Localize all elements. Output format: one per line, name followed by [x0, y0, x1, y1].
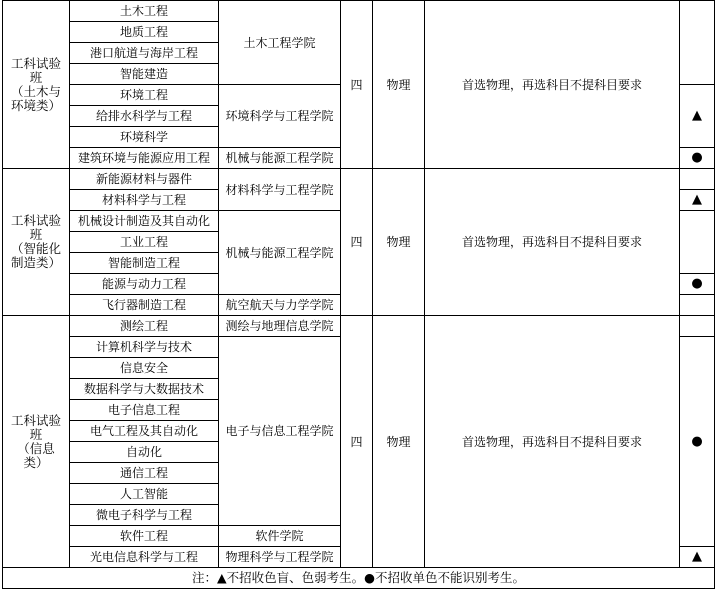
subject-cell: 物理 [373, 169, 425, 316]
category-line: 工科试验 [3, 57, 69, 71]
major-cell: 软件工程 [70, 526, 219, 547]
major-cell: 测绘工程 [70, 316, 219, 337]
note-row: 注：▲不招收色盲、色弱考生。●不招收单色不能识别考生。 [3, 568, 715, 589]
major-cell: 环境工程 [70, 85, 219, 106]
major-cell: 信息安全 [70, 358, 219, 379]
college-cell: 航空航天与力学学院 [219, 295, 341, 316]
major-cell: 智能建造 [70, 64, 219, 85]
duration-cell: 四 [341, 169, 373, 316]
major-cell: 地质工程 [70, 22, 219, 43]
major-cell: 土木工程 [70, 1, 219, 22]
college-cell: 软件学院 [219, 526, 341, 547]
category-line: （土木与 [3, 85, 69, 99]
circle-icon: ● [680, 148, 715, 169]
college-cell: 机械与能源工程学院 [219, 148, 341, 169]
category-line: 工科试验 [3, 414, 69, 428]
major-cell: 光电信息科学与工程 [70, 547, 219, 568]
college-cell: 机械与能源工程学院 [219, 211, 341, 295]
college-cell: 材料科学与工程学院 [219, 169, 341, 211]
major-cell: 微电子科学与工程 [70, 505, 219, 526]
subject-cell: 物理 [373, 1, 425, 169]
category-line: 制造类） [3, 256, 69, 270]
major-cell: 港口航道与海岸工程 [70, 43, 219, 64]
category-line: 环境类） [3, 99, 69, 113]
college-cell: 环境科学与工程学院 [219, 85, 341, 148]
mark-cell [680, 211, 715, 274]
major-cell: 工业工程 [70, 232, 219, 253]
table-row: 工科试验班（土木与环境类）土木工程土木工程学院四物理首选物理，再选科目不提科目要… [3, 1, 715, 22]
duration-cell: 四 [341, 1, 373, 169]
mark-cell [680, 169, 715, 190]
category-cell: 工科试验班（土木与环境类） [3, 1, 70, 169]
admission-table: 工科试验班（土木与环境类）土木工程土木工程学院四物理首选物理，再选科目不提科目要… [2, 0, 715, 589]
triangle-icon: ▲ [680, 85, 715, 148]
triangle-icon: ▲ [680, 547, 715, 568]
mark-cell [680, 295, 715, 316]
table-row: 工科试验班（智能化制造类）新能源材料与器件材料科学与工程学院四物理首选物理，再选… [3, 169, 715, 190]
college-cell: 电子与信息工程学院 [219, 337, 341, 526]
mark-cell [680, 1, 715, 85]
category-line: 班 [3, 71, 69, 85]
major-cell: 给排水科学与工程 [70, 106, 219, 127]
major-cell: 计算机科学与技术 [70, 337, 219, 358]
college-cell: 土木工程学院 [219, 1, 341, 85]
mark-cell [680, 316, 715, 337]
subject-cell: 物理 [373, 316, 425, 568]
category-line: （信息 [3, 442, 69, 456]
footnote: 注：▲不招收色盲、色弱考生。●不招收单色不能识别考生。 [3, 568, 715, 589]
category-line: 工科试验 [3, 214, 69, 228]
major-cell: 自动化 [70, 442, 219, 463]
table-row: 工科试验班（信息类）测绘工程测绘与地理信息学院四物理首选物理，再选科目不提科目要… [3, 316, 715, 337]
major-cell: 人工智能 [70, 484, 219, 505]
major-cell: 机械设计制造及其自动化 [70, 211, 219, 232]
major-cell: 飞行器制造工程 [70, 295, 219, 316]
major-cell: 电子信息工程 [70, 400, 219, 421]
triangle-icon: ▲ [680, 190, 715, 211]
requirement-cell: 首选物理，再选科目不提科目要求 [425, 1, 680, 169]
major-cell: 环境科学 [70, 127, 219, 148]
category-line: （智能化 [3, 242, 69, 256]
requirement-cell: 首选物理，再选科目不提科目要求 [425, 169, 680, 316]
major-cell: 新能源材料与器件 [70, 169, 219, 190]
category-line: 班 [3, 428, 69, 442]
circle-icon: ● [680, 274, 715, 295]
category-cell: 工科试验班（信息类） [3, 316, 70, 568]
requirement-cell: 首选物理，再选科目不提科目要求 [425, 316, 680, 568]
category-line: 班 [3, 228, 69, 242]
major-cell: 电气工程及其自动化 [70, 421, 219, 442]
college-cell: 测绘与地理信息学院 [219, 316, 341, 337]
major-cell: 建筑环境与能源应用工程 [70, 148, 219, 169]
circle-icon: ● [680, 337, 715, 547]
major-cell: 材料科学与工程 [70, 190, 219, 211]
college-cell: 物理科学与工程学院 [219, 547, 341, 568]
category-cell: 工科试验班（智能化制造类） [3, 169, 70, 316]
major-cell: 能源与动力工程 [70, 274, 219, 295]
major-cell: 通信工程 [70, 463, 219, 484]
major-cell: 智能制造工程 [70, 253, 219, 274]
duration-cell: 四 [341, 316, 373, 568]
major-cell: 数据科学与大数据技术 [70, 379, 219, 400]
category-line: 类） [3, 456, 69, 470]
